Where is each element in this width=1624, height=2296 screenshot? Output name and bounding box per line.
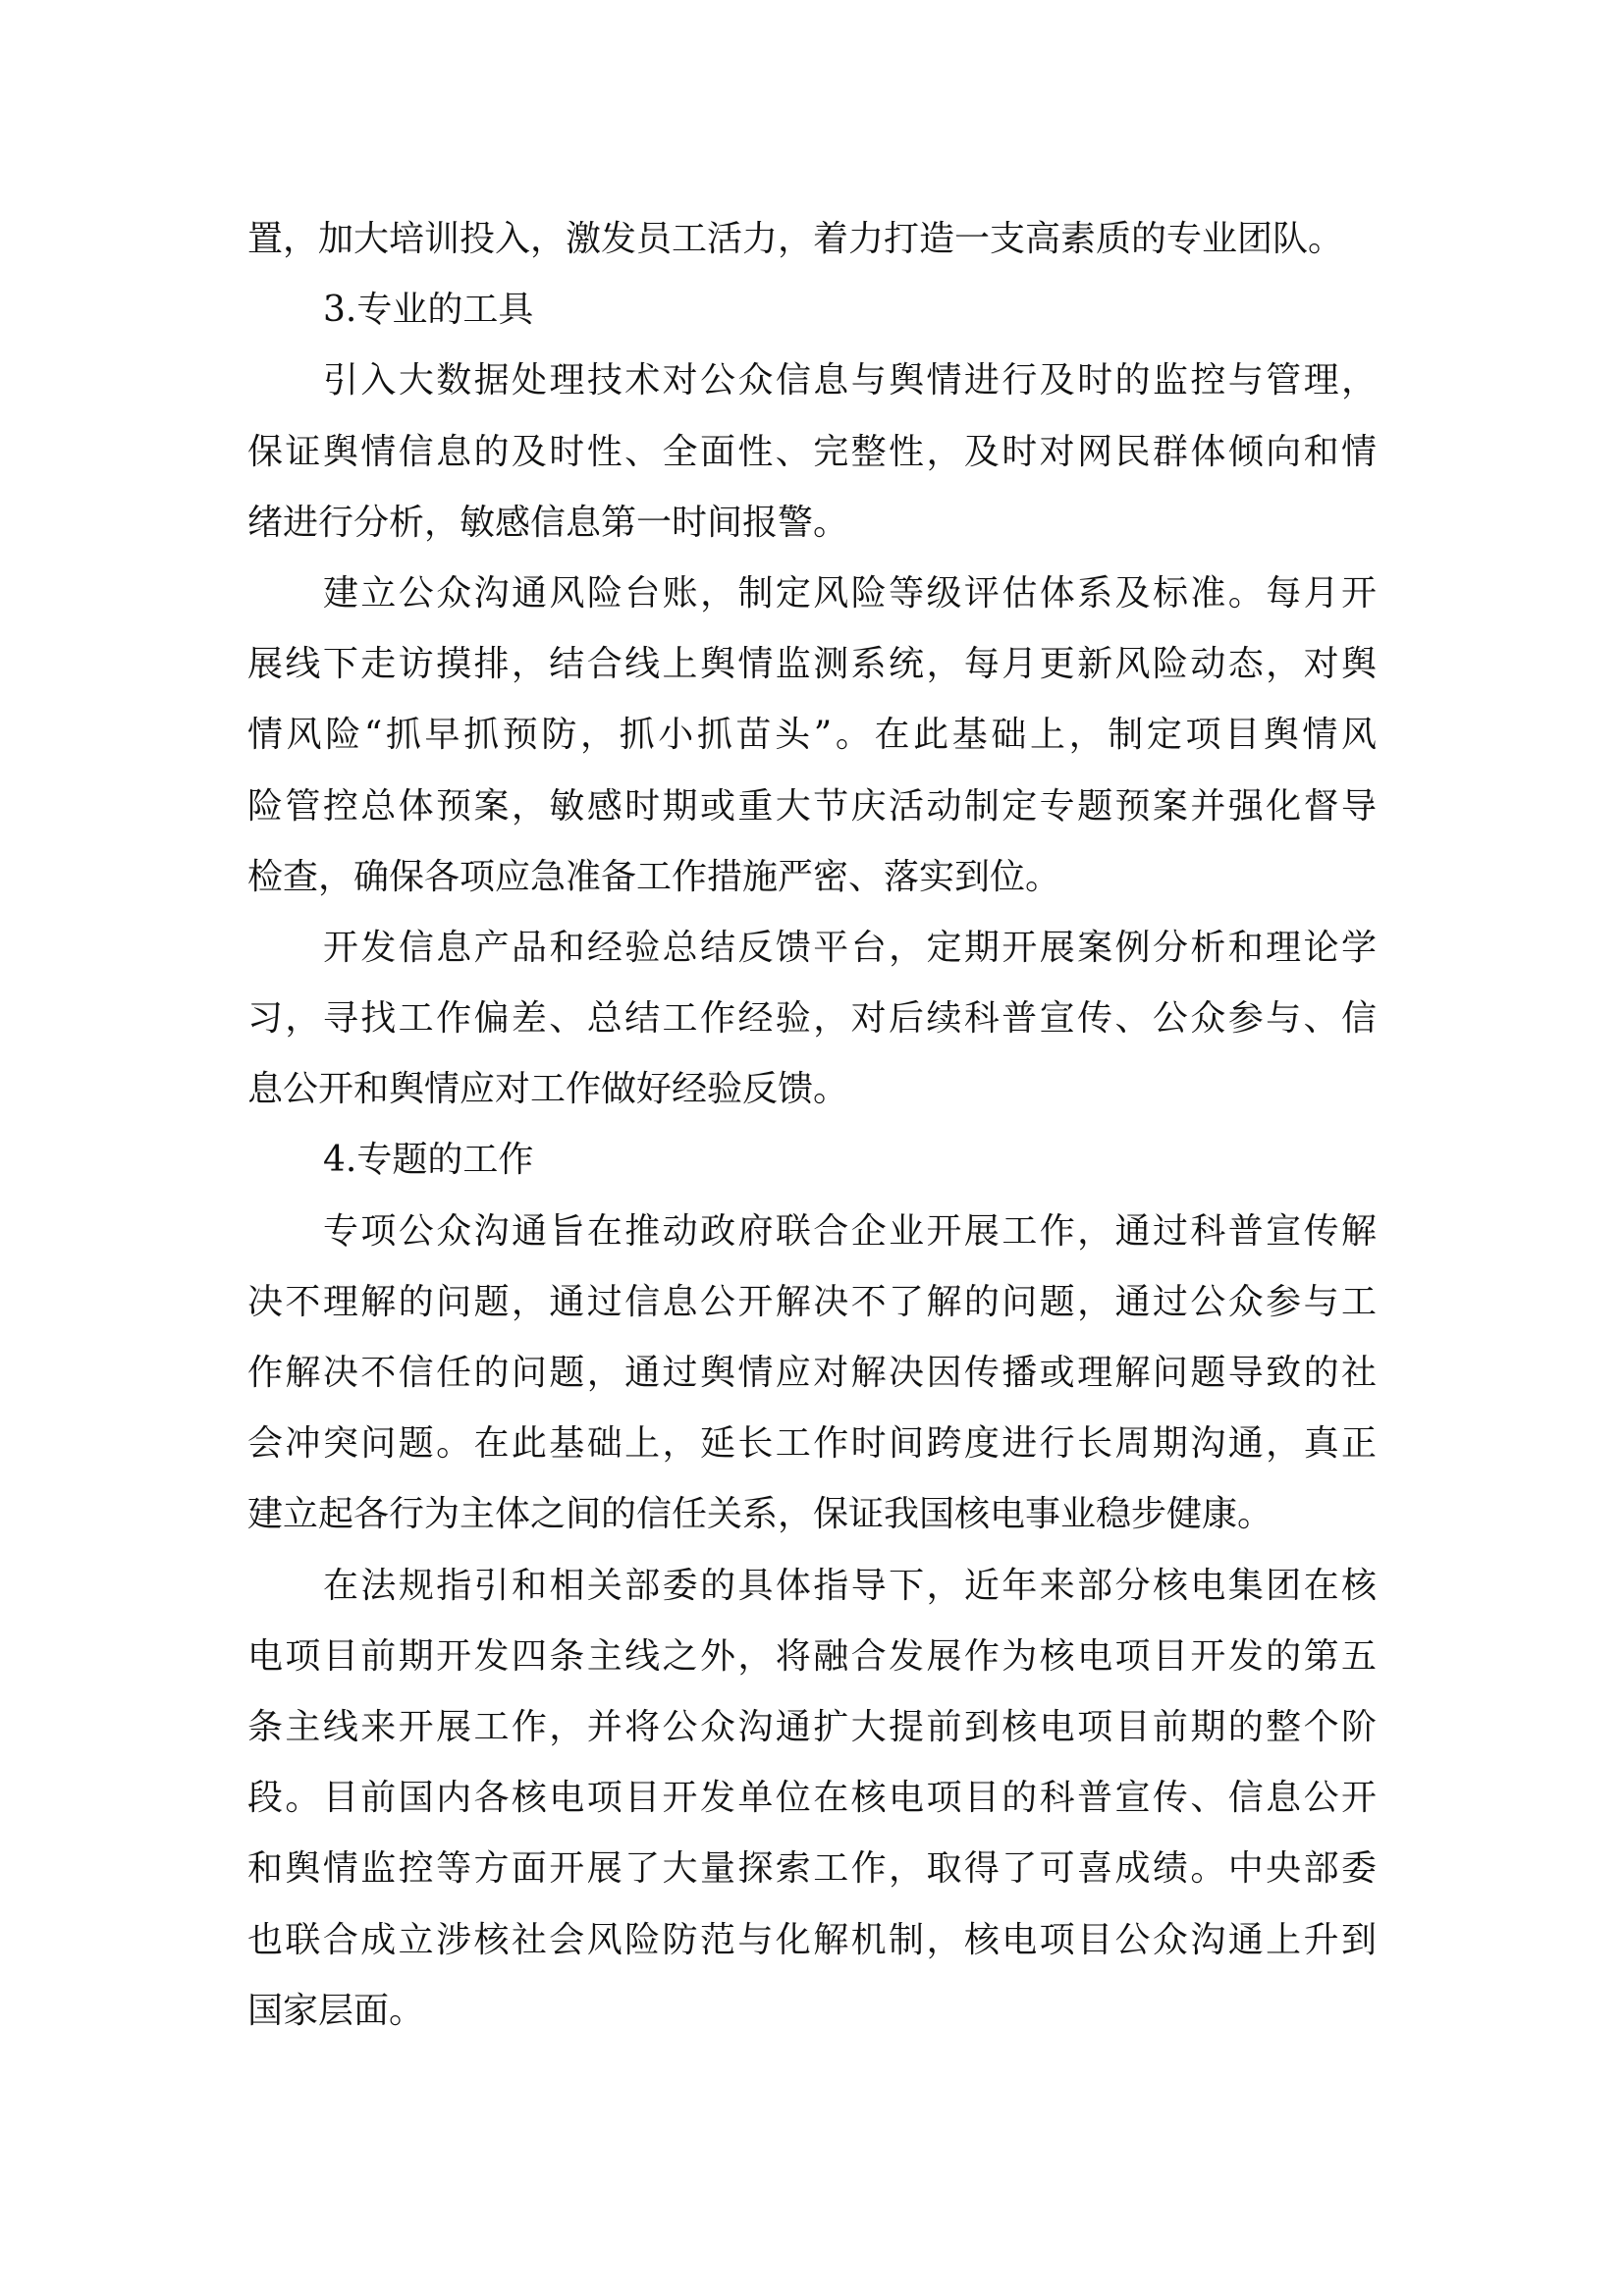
paragraph-line: 建立起各行为主体之间的信任关系，保证我国核电事业稳步健康。 — [247, 1489, 1377, 1560]
paragraph-line: 会冲突问题。在此基础上，延长工作时间跨度进行长周期沟通，真正 — [247, 1418, 1377, 1489]
paragraph-line: 专项公众沟通旨在推动政府联合企业开展工作，通过科普宣传解 — [247, 1206, 1377, 1277]
section-heading-special-work: 4.专题的工作 — [247, 1135, 1377, 1205]
paragraph-line: 电项目前期开发四条主线之外，将融合发展作为核电项目开发的第五 — [247, 1631, 1377, 1702]
paragraph-line: 检查，确保各项应急准备工作措施严密、落实到位。 — [247, 852, 1377, 923]
paragraph-line: 绪进行分析，敏感信息第一时间报警。 — [247, 498, 1377, 568]
body-text: 置，加大培训投入，激发员工活力，着力打造一支高素质的专业团队。 3.专业的工具 … — [247, 214, 1377, 2056]
paragraph-line: 习，寻找工作偏差、总结工作经验，对后续科普宣传、公众参与、信 — [247, 993, 1377, 1064]
paragraph-line: 作解决不信任的问题，通过舆情应对解决因传播或理解问题导致的社 — [247, 1348, 1377, 1418]
paragraph-line: 展线下走访摸排，结合线上舆情监测系统，每月更新风险动态，对舆 — [247, 639, 1377, 710]
paragraph-line: 息公开和舆情应对工作做好经验反馈。 — [247, 1064, 1377, 1135]
paragraph-line: 和舆情监控等方面开展了大量探索工作，取得了可喜成绩。中央部委 — [247, 1843, 1377, 1914]
paragraph-line: 保证舆情信息的及时性、全面性、完整性，及时对网民群体倾向和情 — [247, 427, 1377, 498]
paragraph-line: 置，加大培训投入，激发员工活力，着力打造一支高素质的专业团队。 — [247, 214, 1377, 285]
paragraph-line: 决不理解的问题，通过信息公开解决不了解的问题，通过公众参与工 — [247, 1277, 1377, 1348]
paragraph-line: 引入大数据处理技术对公众信息与舆情进行及时的监控与管理， — [247, 355, 1377, 426]
paragraph-line: 建立公众沟通风险台账，制定风险等级评估体系及标准。每月开 — [247, 568, 1377, 639]
section-heading-professional-tools: 3.专业的工具 — [247, 285, 1377, 355]
paragraph-line: 开发信息产品和经验总结反馈平台，定期开展案例分析和理论学 — [247, 923, 1377, 993]
paragraph-line: 段。目前国内各核电项目开发单位在核电项目的科普宣传、信息公开 — [247, 1773, 1377, 1843]
paragraph-line: 在法规指引和相关部委的具体指导下，近年来部分核电集团在核 — [247, 1561, 1377, 1631]
document-page: 置，加大培训投入，激发员工活力，着力打造一支高素质的专业团队。 3.专业的工具 … — [0, 0, 1624, 2296]
paragraph-line: 险管控总体预案，敏感时期或重大节庆活动制定专题预案并强化督导 — [247, 781, 1377, 852]
paragraph-line: 国家层面。 — [247, 1986, 1377, 2056]
paragraph-line: 也联合成立涉核社会风险防范与化解机制，核电项目公众沟通上升到 — [247, 1915, 1377, 1986]
paragraph-line: 条主线来开展工作，并将公众沟通扩大提前到核电项目前期的整个阶 — [247, 1702, 1377, 1773]
paragraph-line: 情风险“抓早抓预防，抓小抓苗头”。在此基础上，制定项目舆情风 — [247, 710, 1377, 780]
